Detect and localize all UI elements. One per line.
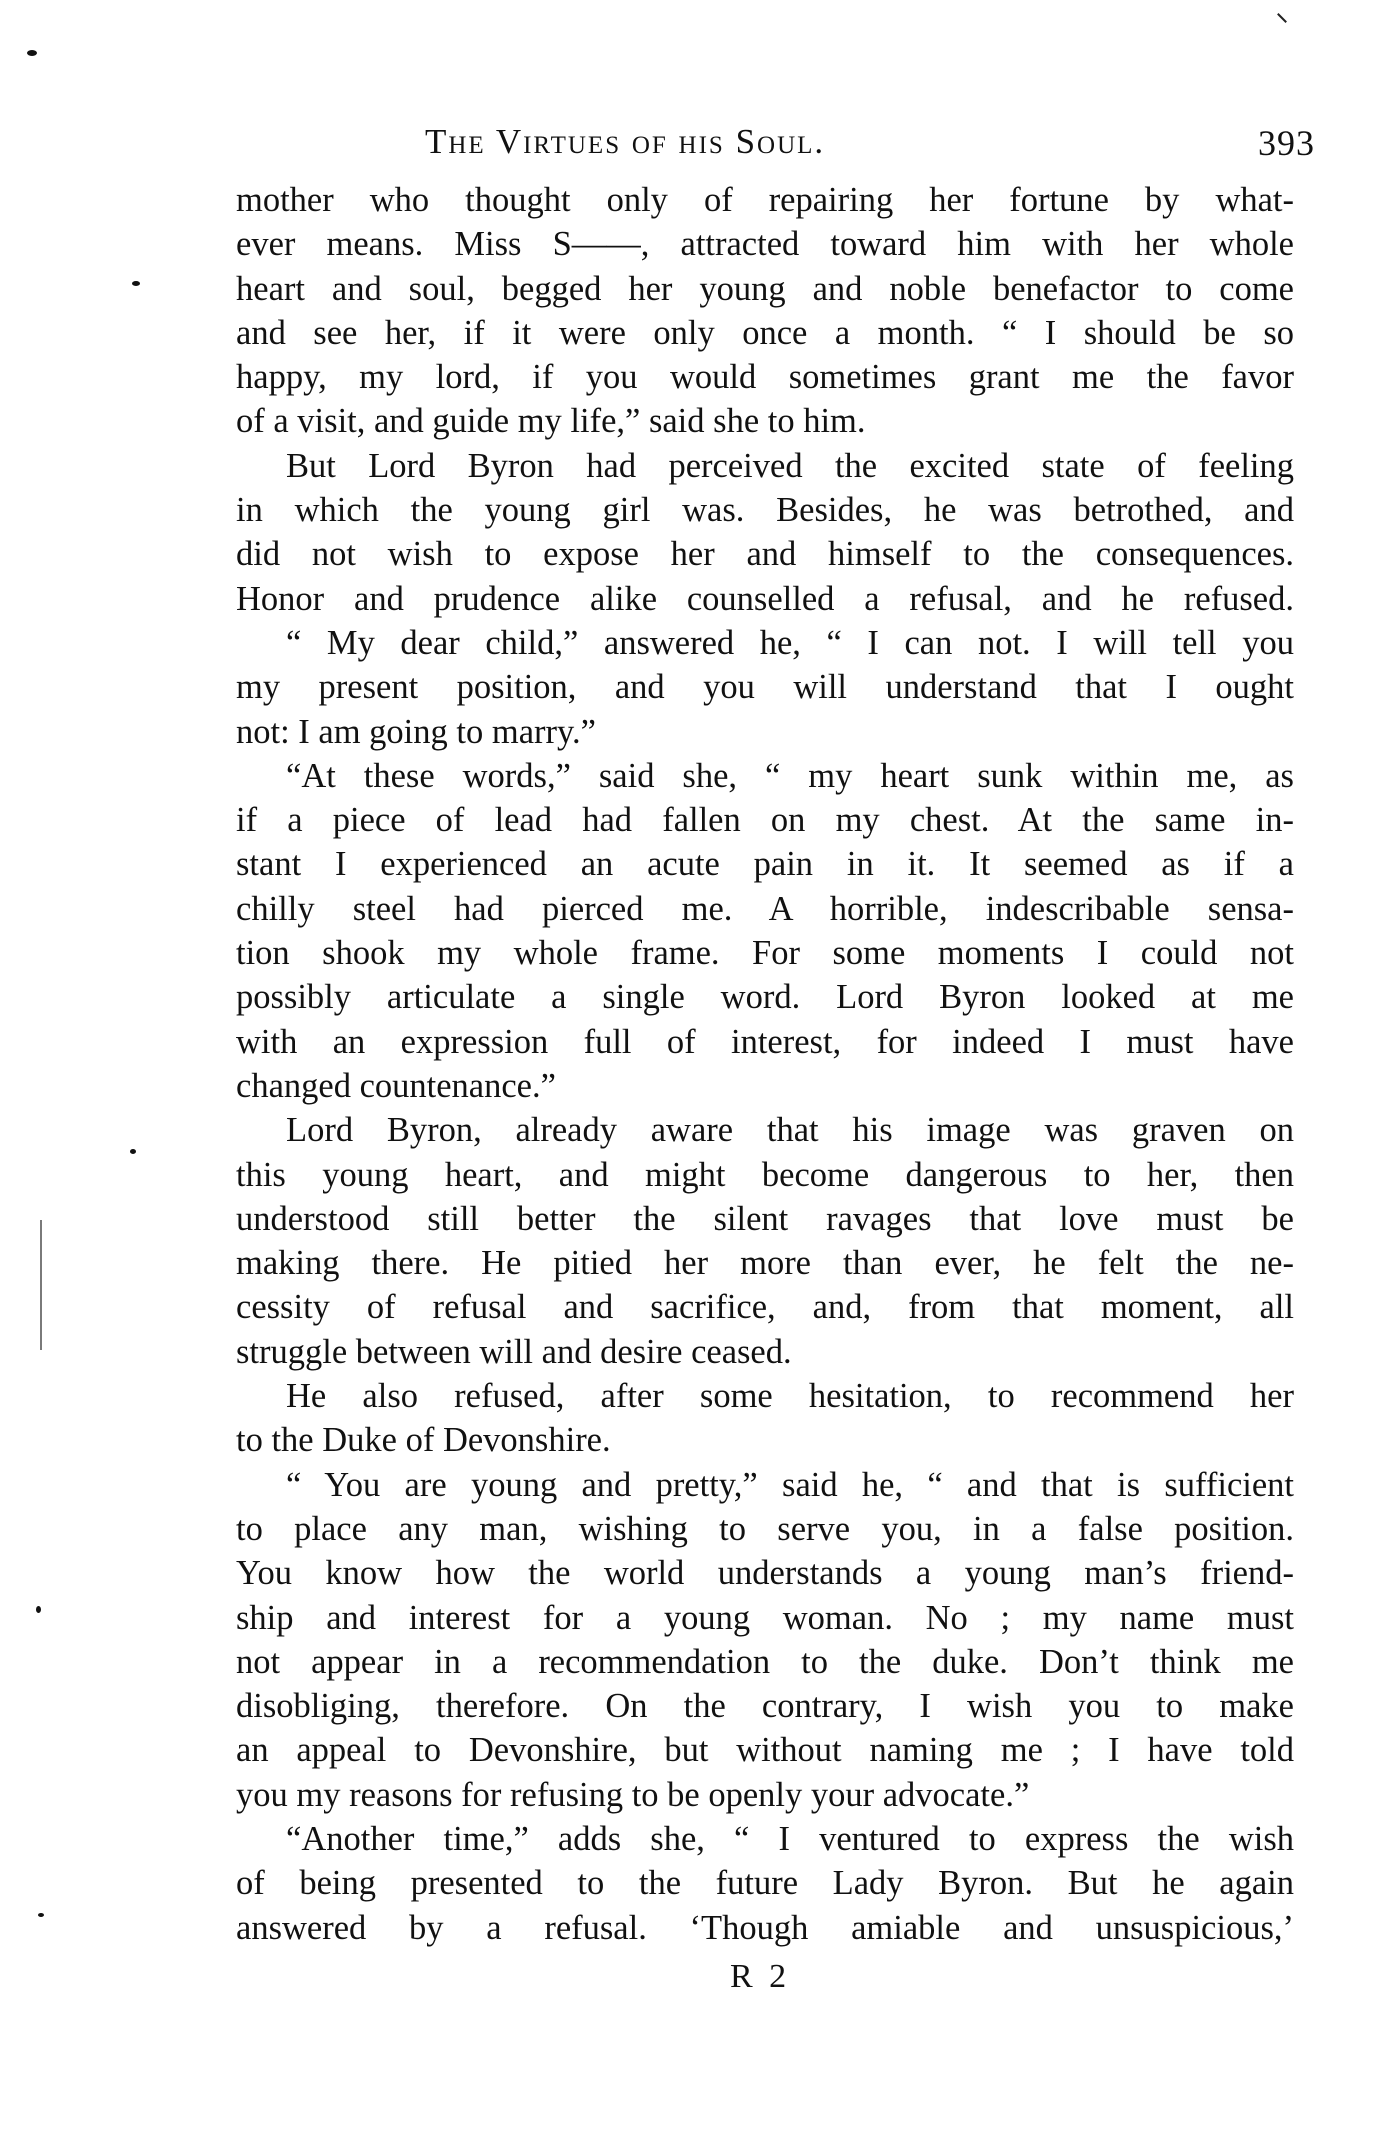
scan-speck — [132, 281, 140, 286]
text-line: with an expression full of interest, for… — [236, 1020, 1294, 1064]
text-line: changed countenance.” — [236, 1064, 1294, 1108]
paragraph-start-line: But Lord Byron had perceived the excited… — [236, 444, 1294, 488]
paragraph-start-line: “Another time,” adds she, “ I ventured t… — [236, 1817, 1294, 1861]
text-line: possibly articulate a single word. Lord … — [236, 975, 1294, 1019]
text-line: ship and interest for a young woman. No … — [236, 1596, 1294, 1640]
scan-speck — [38, 1913, 44, 1917]
text-line: answered by a refusal. ‘Though amiable a… — [236, 1906, 1294, 1950]
text-line: this young heart, and might become dange… — [236, 1153, 1294, 1197]
page-number: 393 — [1258, 122, 1315, 164]
text-line: not: I am going to marry.” — [236, 710, 1294, 754]
text-line: of being presented to the future Lady By… — [236, 1861, 1294, 1905]
text-line: stant I experienced an acute pain in it.… — [236, 842, 1294, 886]
text-line: You know how the world understands a you… — [236, 1551, 1294, 1595]
text-line: happy, my lord, if you would sometimes g… — [236, 355, 1294, 399]
paragraph-start-line: “ My dear child,” answered he, “ I can n… — [236, 621, 1294, 665]
scan-speck — [27, 50, 37, 56]
text-line: and see her, if it were only once a mont… — [236, 311, 1294, 355]
text-line: heart and soul, begged her young and nob… — [236, 267, 1294, 311]
text-line: an appeal to Devonshire, but without nam… — [236, 1728, 1294, 1772]
paragraph-start-line: Lord Byron, already aware that his image… — [236, 1108, 1294, 1152]
text-line: to place any man, wishing to serve you, … — [236, 1507, 1294, 1551]
text-line: if a piece of lead had fallen on my ches… — [236, 798, 1294, 842]
text-line: tion shook my whole frame. For some mome… — [236, 931, 1294, 975]
text-line: in which the young girl was. Besides, he… — [236, 488, 1294, 532]
book-page: The Virtues of his Soul. 393 mother who … — [0, 0, 1390, 2140]
text-line: making there. He pitied her more than ev… — [236, 1241, 1294, 1285]
text-line: disobliging, therefore. On the contrary,… — [236, 1684, 1294, 1728]
text-line: not appear in a recommendation to the du… — [236, 1640, 1294, 1684]
text-line: Honor and prudence alike counselled a re… — [236, 577, 1294, 621]
text-line: did not wish to expose her and himself t… — [236, 532, 1294, 576]
text-line: mother who thought only of repairing her… — [236, 178, 1294, 222]
paragraph-start-line: “ You are young and pretty,” said he, “ … — [236, 1463, 1294, 1507]
paragraph-start-line: He also refused, after some hesitation, … — [236, 1374, 1294, 1418]
signature-mark: R 2 — [730, 1958, 790, 1996]
scan-mark — [1277, 13, 1287, 23]
scan-speck — [130, 1149, 136, 1154]
text-line: understood still better the silent ravag… — [236, 1197, 1294, 1241]
scan-speck — [36, 1606, 41, 1613]
text-line: struggle between will and desire ceased. — [236, 1330, 1294, 1374]
text-line: chilly steel had pierced me. A horrible,… — [236, 887, 1294, 931]
text-line: of a visit, and guide my life,” said she… — [236, 399, 1294, 443]
text-line: my present position, and you will unders… — [236, 665, 1294, 709]
text-line: to the Duke of Devonshire. — [236, 1418, 1294, 1462]
body-text: mother who thought only of repairing her… — [236, 178, 1294, 1950]
running-head: The Virtues of his Soul. — [425, 122, 825, 162]
margin-scratch — [40, 1220, 42, 1350]
text-line: cessity of refusal and sacrifice, and, f… — [236, 1285, 1294, 1329]
paragraph-start-line: “At these words,” said she, “ my heart s… — [236, 754, 1294, 798]
text-line: you my reasons for refusing to be openly… — [236, 1773, 1294, 1817]
text-line: ever means. Miss S——, attracted toward h… — [236, 222, 1294, 266]
